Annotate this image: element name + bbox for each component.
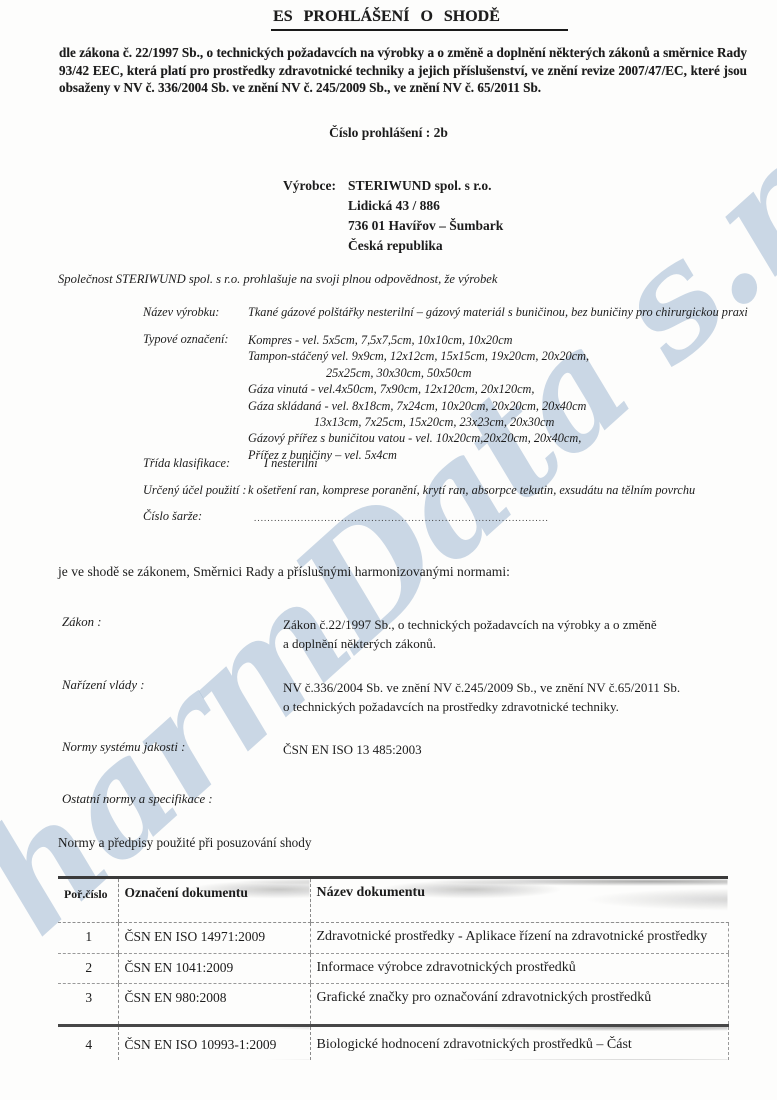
row-number: 1	[58, 923, 118, 954]
standards-table: Poř.číslo Označení dokumentu Název dokum…	[58, 876, 729, 1060]
intended-use-row: Určený účel použití : k ošetření ran, ko…	[143, 483, 768, 498]
product-name-label: Název výrobku:	[143, 305, 248, 320]
header-order-number: Poř.číslo	[58, 878, 118, 923]
quality-system-standards-row: Normy systému jakosti : ČSN EN ISO 13 48…	[62, 740, 422, 759]
manufacturer-label: Výrobce:	[283, 176, 336, 256]
law-row: Zákon : Zákon č.22/1997 Sb., o technický…	[62, 615, 657, 653]
law-line: a doplnění některých zákonů.	[283, 634, 657, 653]
row-number: 4	[58, 1025, 118, 1060]
government-regulation-label: Nařízení vlády :	[62, 678, 283, 716]
manufacturer-address: STERIWUND spol. s r.o. Lidická 43 / 886 …	[348, 176, 503, 256]
type-designation-label: Typové označení:	[143, 332, 248, 463]
product-name-value: Tkané gázové polštářky nesterilní – gázo…	[248, 305, 758, 320]
type-designation-row: Typové označení: Kompres - vel. 5x5cm, 7…	[143, 332, 763, 463]
type-designation-lines: Kompres - vel. 5x5cm, 7,5x7,5cm, 10x10cm…	[248, 332, 589, 463]
law-label: Zákon :	[62, 615, 283, 653]
table-row: 2 ČSN EN 1041:2009 Informace výrobce zdr…	[58, 953, 728, 984]
other-standards-row: Ostatní normy a specifikace :	[62, 792, 283, 807]
declaration-number: Číslo prohlášení : 2b	[0, 125, 777, 141]
government-regulation-value: NV č.336/2004 Sb. ve znění NV č.245/2009…	[283, 678, 680, 716]
product-name-row: Název výrobku: Tkané gázové polštářky ne…	[143, 305, 763, 320]
type-line: 13x13cm, 7x25cm, 15x20cm, 23x23cm, 20x30…	[248, 414, 589, 430]
table-row: 4 ČSN EN ISO 10993-1:2009 Biologické hod…	[58, 1025, 728, 1060]
quality-system-standards-label: Normy systému jakosti :	[62, 740, 283, 759]
row-name: Grafické značky pro označování zdravotni…	[310, 984, 728, 1026]
document-page: PharmData s.r.o. ES PROHLÁŠENÍ O SHODĚ d…	[0, 0, 777, 1100]
type-line: Gáza vinutá - vel.4x50cm, 7x90cm, 12x120…	[248, 381, 589, 397]
regulation-line: NV č.336/2004 Sb. ve znění NV č.245/2009…	[283, 678, 680, 697]
quality-system-standards-value: ČSN EN ISO 13 485:2003	[283, 740, 422, 759]
responsibility-statement: Společnost STERIWUND spol. s r.o. prohla…	[58, 272, 497, 287]
conformity-statement: je ve shodě se zákonem, Směrnici Rady a …	[58, 564, 510, 580]
batch-number-label: Číslo šarže:	[143, 509, 248, 524]
address-line: Česká republika	[348, 236, 503, 256]
type-line: Gázový přířez s buničitou vatou - vel. 1…	[248, 430, 589, 446]
regulation-line: o technických požadavcích na prostředky …	[283, 697, 680, 716]
intended-use-value: k ošetření ran, komprese poranění, krytí…	[248, 483, 695, 498]
address-line: 736 01 Havířov – Šumbark	[348, 216, 503, 236]
row-document: ČSN EN ISO 14971:2009	[118, 923, 310, 954]
table-row: 3 ČSN EN 980:2008 Grafické značky pro oz…	[58, 984, 728, 1026]
other-standards-label: Ostatní normy a specifikace :	[62, 792, 283, 807]
row-document: ČSN EN ISO 10993-1:2009	[118, 1025, 310, 1060]
row-name: Biologické hodnocení zdravotnických pros…	[310, 1025, 728, 1060]
classification-value: I nesterilní	[248, 456, 318, 471]
row-document: ČSN EN 1041:2009	[118, 953, 310, 984]
type-line: Gáza skládaná - vel. 8x18cm, 7x24cm, 10x…	[248, 398, 589, 414]
type-line: Kompres - vel. 5x5cm, 7,5x7,5cm, 10x10cm…	[248, 332, 589, 348]
batch-number-row: Číslo šarže: ...........................…	[143, 509, 549, 524]
row-number: 3	[58, 984, 118, 1026]
row-name: Informace výrobce zdravotnických prostře…	[310, 953, 728, 984]
title-row: ES PROHLÁŠENÍ O SHODĚ	[0, 8, 777, 31]
classification-row: Třída klasifikace: I nesterilní	[143, 456, 318, 471]
document-title: ES PROHLÁŠENÍ O SHODĚ	[271, 8, 568, 31]
standards-line: ČSN EN ISO 13 485:2003	[283, 740, 422, 759]
header-document-designation: Označení dokumentu	[118, 878, 310, 923]
intro-paragraph: dle zákona č. 22/1997 Sb., o technických…	[59, 44, 747, 97]
manufacturer-block: Výrobce: STERIWUND spol. s r.o. Lidická …	[283, 176, 503, 256]
row-name: Zdravotnické prostředky - Aplikace řízen…	[310, 923, 728, 954]
standards-table-intro: Normy a předpisy použité při posuzování …	[58, 835, 311, 851]
batch-number-dotted-line: ........................................…	[254, 513, 549, 528]
government-regulation-row: Nařízení vlády : NV č.336/2004 Sb. ve zn…	[62, 678, 680, 716]
manufacturer-name: STERIWUND spol. s r.o.	[348, 176, 503, 196]
address-line: Lidická 43 / 886	[348, 196, 503, 216]
row-document: ČSN EN 980:2008	[118, 984, 310, 1026]
table-row: 1 ČSN EN ISO 14971:2009 Zdravotnické pro…	[58, 923, 728, 954]
type-line: Tampon-stáčený vel. 9x9cm, 12x12cm, 15x1…	[248, 348, 589, 364]
header-document-name: Název dokumentu	[310, 878, 728, 923]
row-number: 2	[58, 953, 118, 984]
table-header-row: Poř.číslo Označení dokumentu Název dokum…	[58, 878, 728, 923]
type-line: 25x25cm, 30x30cm, 50x50cm	[248, 365, 589, 381]
classification-label: Třída klasifikace:	[143, 456, 248, 471]
law-line: Zákon č.22/1997 Sb., o technických požad…	[283, 615, 657, 634]
law-value: Zákon č.22/1997 Sb., o technických požad…	[283, 615, 657, 653]
intended-use-label: Určený účel použití :	[143, 483, 248, 498]
